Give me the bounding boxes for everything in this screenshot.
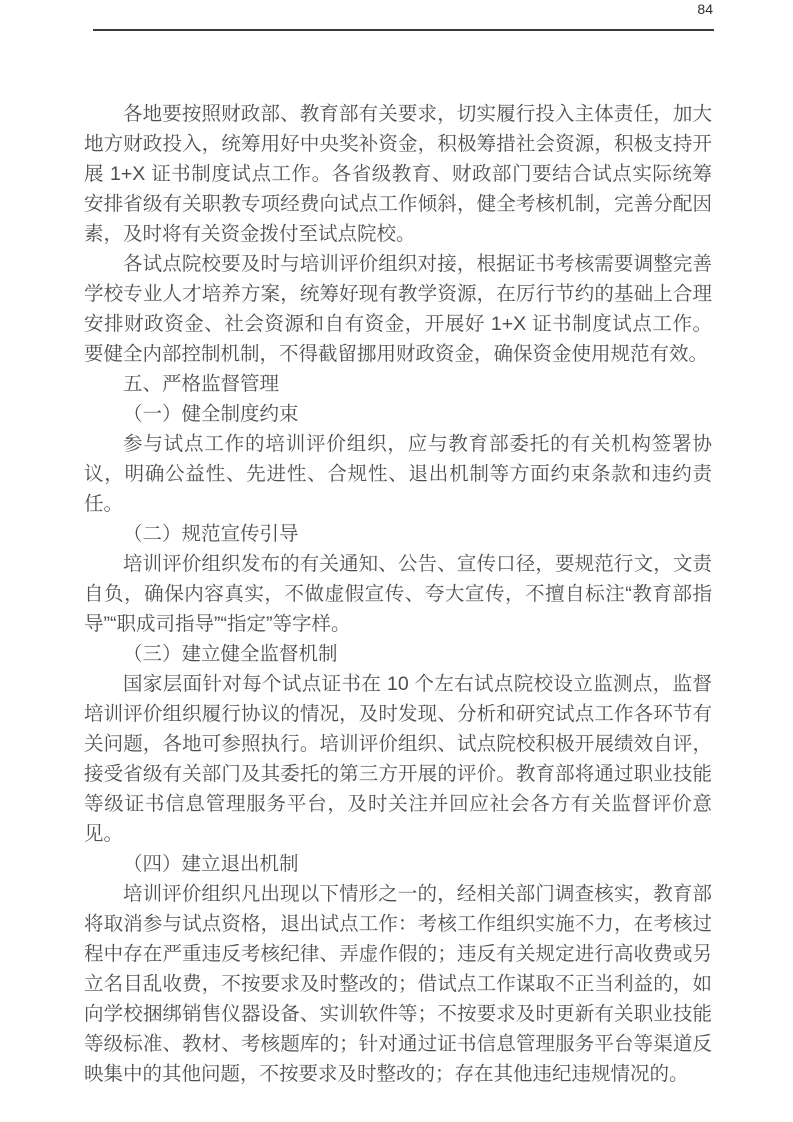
document-page: 84 各地要按照财政部、教育部有关要求，切实履行投入主体责任，加大地方财政投入，…: [0, 0, 793, 1122]
subheading-publicity-guidance: （二）规范宣传引导: [84, 519, 712, 549]
section-heading-supervision: 五、严格监督管理: [84, 369, 712, 399]
page-number: 84: [697, 0, 713, 18]
paragraph-agreements: 参与试点工作的培训评价组织，应与教育部委托的有关机构签署协议，明确公益性、先进性…: [84, 429, 712, 519]
subheading-supervision-mechanism: （三）建立健全监督机制: [84, 639, 712, 669]
paragraph-monitoring-points: 国家层面针对每个试点证书在 10 个左右试点院校设立监测点，监督培训评价组织履行…: [84, 669, 712, 849]
paragraph-exit-conditions: 培训评价组织凡出现以下情形之一的，经相关部门调查核实，教育部将取消参与试点资格，…: [84, 879, 712, 1089]
subheading-system-constraints: （一）健全制度约束: [84, 399, 712, 429]
paragraph-pilot-schools: 各试点院校要及时与培训评价组织对接，根据证书考核需要调整完善学校专业人才培养方案…: [84, 249, 712, 369]
paragraph-funding-regions: 各地要按照财政部、教育部有关要求，切实履行投入主体责任，加大地方财政投入，统筹用…: [84, 99, 712, 249]
document-body: 各地要按照财政部、教育部有关要求，切实履行投入主体责任，加大地方财政投入，统筹用…: [84, 99, 712, 1089]
paragraph-publicity-rules: 培训评价组织发布的有关通知、公告、宣传口径，要规范行文，文责自负，确保内容真实，…: [84, 549, 712, 639]
header-rule: [93, 29, 714, 31]
subheading-exit-mechanism: （四）建立退出机制: [84, 849, 712, 879]
